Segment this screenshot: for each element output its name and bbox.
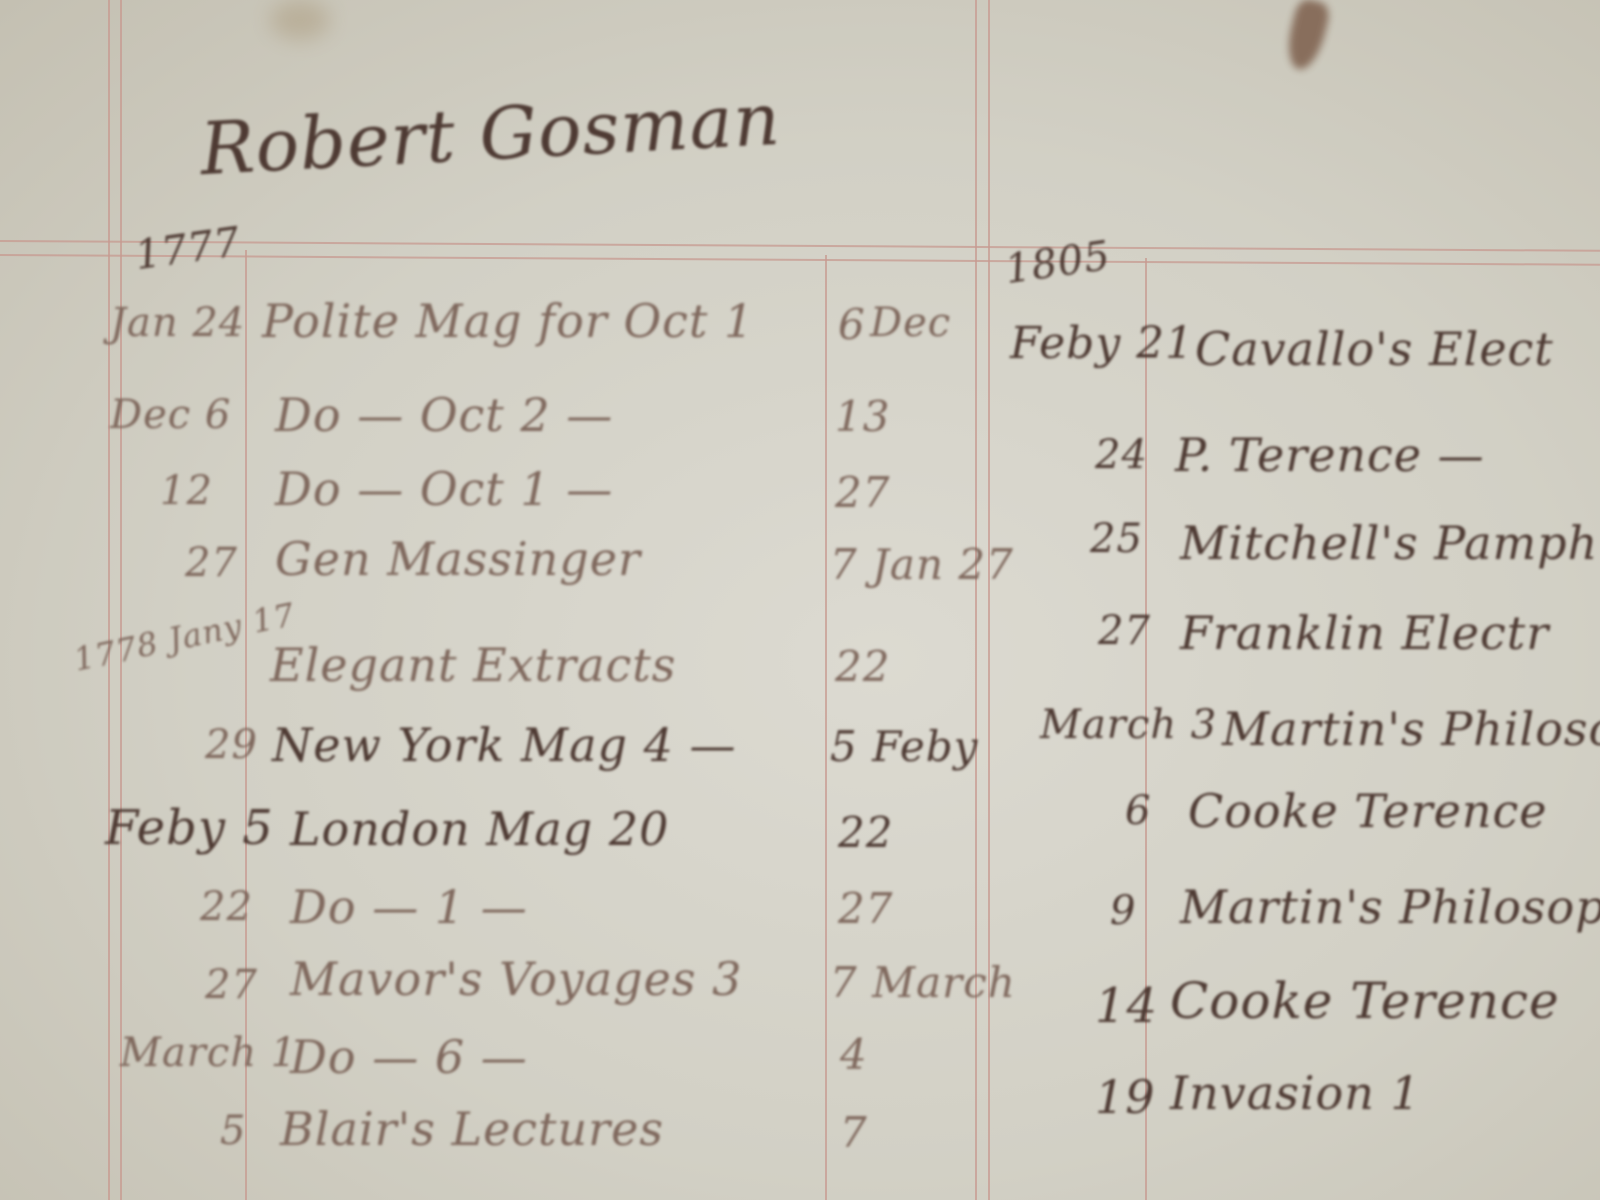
entry-amount: 27 (835, 468, 890, 517)
entry-description: Mavor's Voyages 3 (290, 952, 742, 1006)
entry-amount: 7 March (830, 958, 1016, 1007)
entry-description: Do — 6 — (290, 1030, 528, 1084)
entry-amount: 27 (838, 884, 893, 933)
entry-description: Martin's Philosop (1222, 702, 1600, 756)
entry-amount: 22 (838, 808, 893, 857)
entry-date: 6 (1125, 788, 1151, 834)
margin-rule (108, 0, 110, 1200)
entry-date: 22 (200, 884, 253, 930)
margin-rule (120, 0, 122, 1200)
entry-date: 9 (1110, 888, 1136, 934)
entry-description: Martin's Philosop (1180, 880, 1600, 934)
entry-date: 25 (1090, 516, 1143, 562)
entry-description: Franklin Electr (1180, 606, 1549, 660)
paper-stain (270, 0, 330, 40)
entry-date: March 1 (120, 1030, 297, 1076)
right-year: 1805 (1002, 233, 1113, 293)
entry-date: 27 (1098, 608, 1151, 654)
entry-date: 24 (1095, 432, 1148, 478)
entry-description: Blair's Lectures (280, 1102, 664, 1156)
page-divider-rule (975, 0, 977, 1200)
entry-date: 5 (220, 1108, 246, 1154)
entry-amount: 22 (835, 642, 890, 691)
account-holder-name: Robert Gosman (198, 77, 782, 191)
entry-date: 1778 Jany 17 (71, 595, 299, 679)
amount-column-rule (825, 255, 827, 1200)
entry-date: 12 (160, 468, 213, 514)
entry-date: 27 (185, 540, 238, 586)
entry-date: Dec 6 (110, 392, 231, 438)
entry-description: Do — Oct 2 — (275, 388, 613, 442)
entry-date: Jan 24 (110, 300, 245, 346)
entry-due: Dec (870, 300, 951, 346)
left-year: 1777 (132, 219, 243, 279)
entry-amount: 4 (840, 1030, 868, 1079)
entry-date: March 3 (1040, 702, 1217, 748)
entry-amount: 13 (835, 392, 890, 441)
entry-date: 14 (1095, 978, 1158, 1034)
entry-description: Cooke Terence (1170, 972, 1560, 1030)
entry-amount: 6 (838, 300, 866, 349)
entry-description: Do — Oct 1 — (275, 462, 613, 516)
entry-date: 27 (205, 962, 258, 1008)
entry-description: Mitchell's Pamph (1180, 516, 1598, 570)
entry-date: Feby 21 (1010, 318, 1194, 369)
entry-description: Elegant Extracts (270, 638, 676, 692)
entry-description: New York Mag 4 — (272, 718, 737, 772)
entry-description: London Mag 20 (290, 802, 669, 856)
entry-description: P. Terence — (1175, 428, 1485, 482)
ink-stain (1282, 0, 1332, 73)
entry-amount: 7 Jan 27 (830, 540, 1014, 589)
entry-description: Cooke Terence (1188, 784, 1547, 838)
entry-description: Gen Massinger (275, 532, 641, 586)
entry-amount: 7 (840, 1108, 868, 1157)
entry-date: Feby 5 (105, 800, 274, 856)
entry-description: Do — 1 — (290, 880, 528, 934)
ledger-page: Robert Gosman 1777 1805 Jan 24 Polite Ma… (0, 0, 1600, 1200)
page-divider-rule (988, 0, 990, 1200)
entry-date: 19 (1095, 1070, 1156, 1124)
entry-description: Invasion 1 (1170, 1066, 1421, 1120)
entry-description: Polite Mag for Oct 1 (262, 294, 754, 348)
entry-date: 29 (205, 722, 258, 768)
entry-amount: 5 Feby (830, 722, 978, 771)
entry-description: Cavallo's Elect (1195, 322, 1554, 376)
